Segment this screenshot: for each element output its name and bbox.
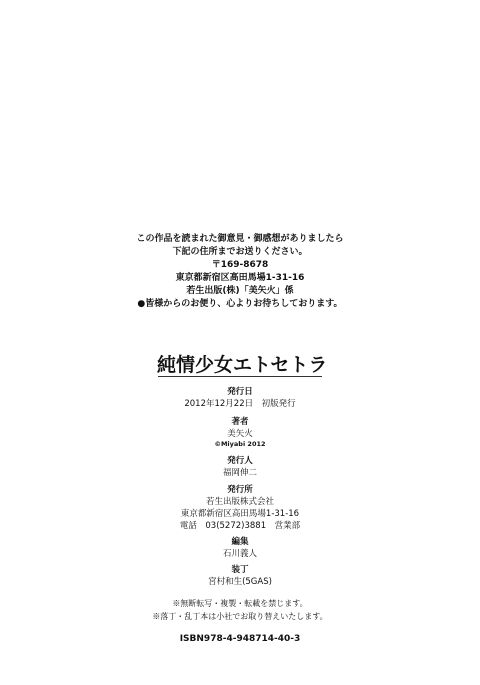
design-value: 宮村和生(5GAS) [0, 576, 480, 588]
publish-date-label: 発行日 [0, 386, 480, 398]
copyright: ©Miyabi 2012 [0, 440, 480, 449]
book-title: 純情少女エトセトラ [157, 353, 323, 377]
postal-code: 〒169-8678 [0, 259, 480, 271]
publisher-label: 発行所 [0, 484, 480, 496]
publish-date-value: 2012年12月22日 初版発行 [0, 398, 480, 410]
feedback-address: 東京都新宿区高田馬場1-31-16 [0, 272, 480, 284]
editor-value: 石川義人 [0, 548, 480, 560]
feedback-line-2: 下記の住所までお送りください。 [0, 246, 480, 258]
feedback-line-1: この作品を読まれた御意見・御感想がありましたら [0, 233, 480, 245]
publisher-person-label: 発行人 [0, 455, 480, 467]
feedback-closing: ●皆様からのお便り、心よりお待ちしております。 [0, 298, 480, 310]
feedback-recipient: 若生出版(株)「美矢火」係 [0, 285, 480, 297]
colophon-page: この作品を読まれた御意見・御感想がありましたら 下記の住所までお送りください。 … [0, 0, 480, 685]
copy-prohibition-notice: ※無断転写・複製・転載を禁じます。 [0, 598, 480, 610]
design-label: 装丁 [0, 564, 480, 576]
publisher-person-value: 福岡伸二 [0, 467, 480, 479]
author-value: 美矢火 [0, 428, 480, 440]
replacement-notice: ※落丁・乱丁本は小社でお取り替えいたします。 [0, 611, 480, 623]
publisher-company: 若生出版株式会社 [0, 496, 480, 508]
isbn: ISBN978-4-948714-40-3 [0, 633, 480, 645]
publisher-address: 東京都新宿区高田馬場1-31-16 [0, 508, 480, 520]
editor-label: 編集 [0, 536, 480, 548]
publisher-phone: 電話 03(5272)3881 営業部 [0, 520, 480, 532]
title-underline [158, 376, 322, 377]
author-label: 著者 [0, 416, 480, 428]
